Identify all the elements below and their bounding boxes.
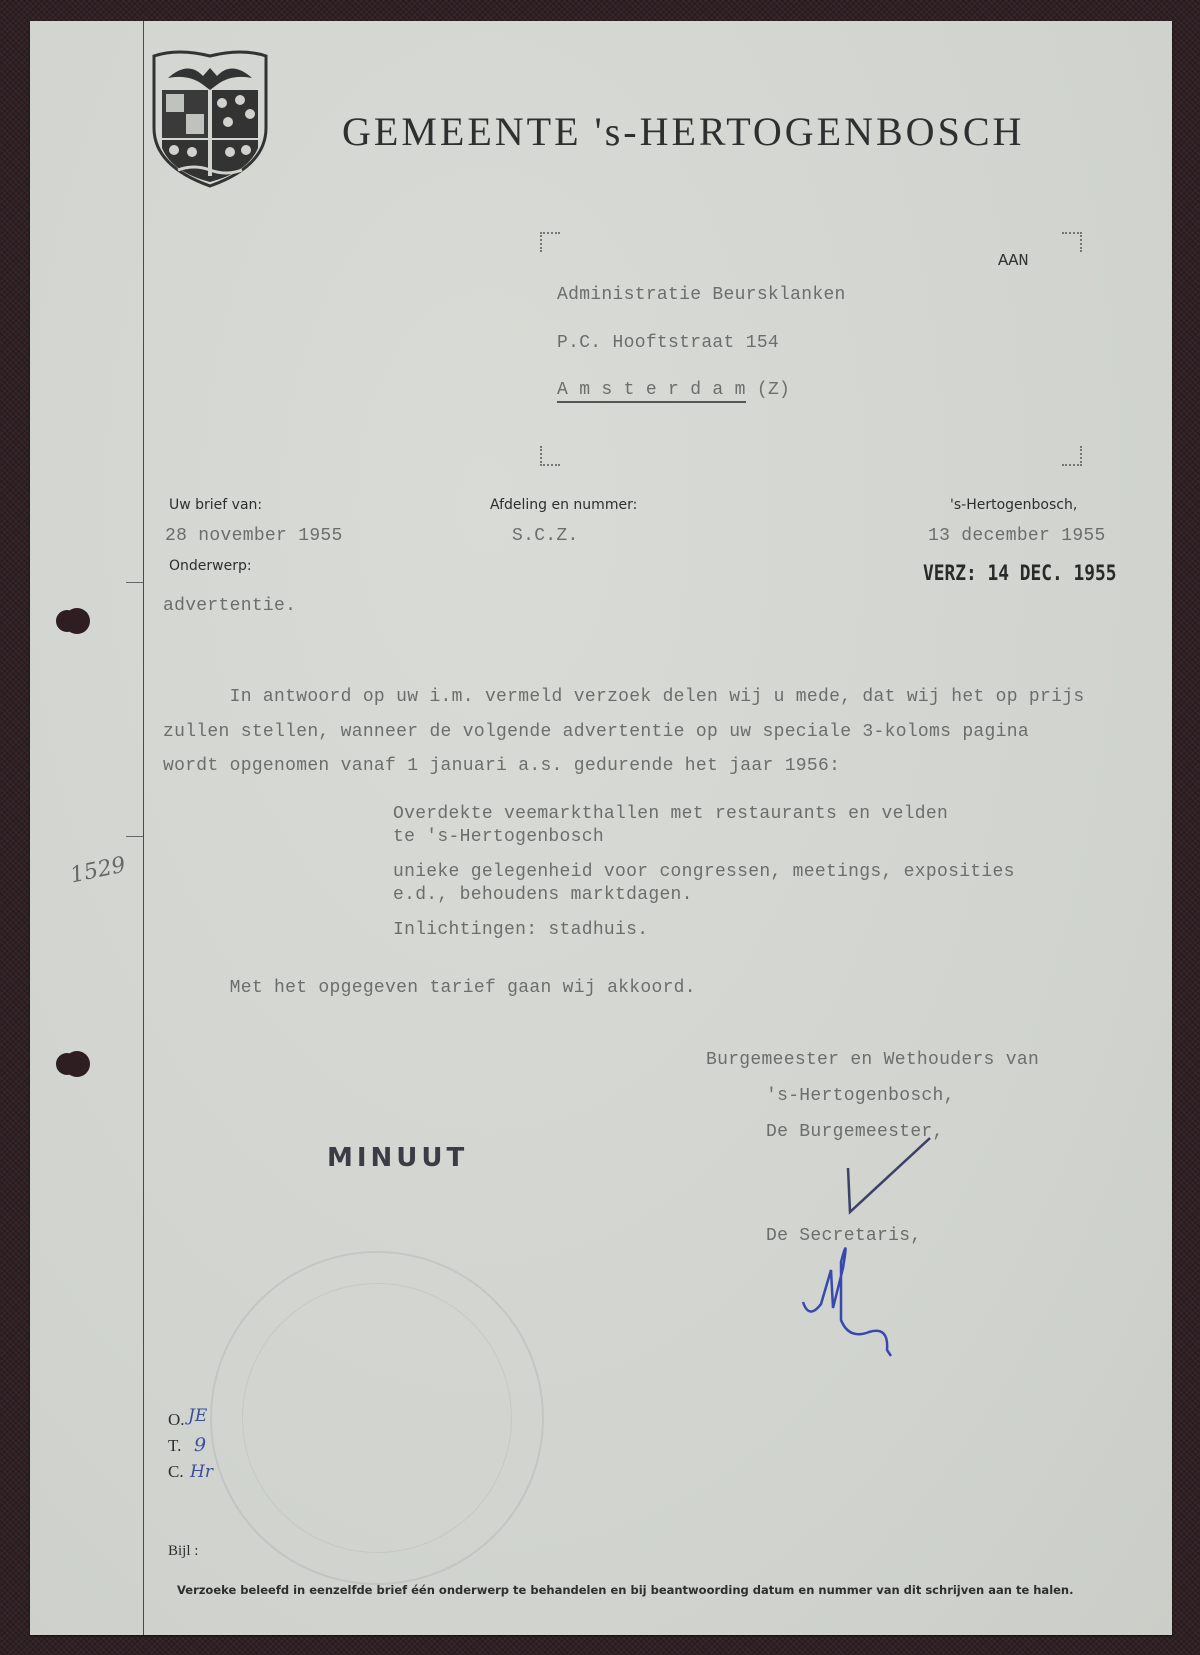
address-window-corner	[540, 232, 560, 252]
fold-tick	[126, 836, 143, 837]
address-window-corner	[1062, 232, 1082, 252]
aan-label: AAN	[998, 252, 1029, 271]
onderwerp-label: Onderwerp:	[169, 558, 252, 574]
o-label: O.	[168, 1410, 185, 1430]
uw-brief-label: Uw brief van:	[169, 497, 262, 513]
fold-tick	[126, 582, 143, 583]
coat-of-arms-icon	[148, 48, 272, 188]
recipient-city-district: (Z)	[757, 380, 790, 400]
minuut-stamp: MINUUT	[327, 1143, 468, 1173]
punch-hole	[64, 1051, 90, 1077]
recipient-name: Administratie Beursklanken	[557, 285, 846, 305]
address-window-corner	[540, 446, 560, 466]
ad-line: te 's-Hertogenbosch	[393, 827, 604, 847]
ad-line: e.d., behoudens marktdagen.	[393, 885, 693, 905]
body-line: wordt opgenomen vanaf 1 januari a.s. ged…	[163, 756, 840, 776]
ad-line: Inlichtingen: stadhuis.	[393, 920, 648, 940]
body-line: zullen stellen, wanneer de volgende adve…	[163, 722, 1029, 742]
bijlagen-label: Bijl :	[168, 1543, 198, 1560]
margin-rule	[143, 21, 144, 1635]
verzonden-stamp: VERZ: 14 DEC. 1955	[923, 561, 1116, 585]
letter-date: 13 december 1955	[928, 526, 1106, 546]
ad-line: Overdekte veemarkthallen met restaurants…	[393, 804, 948, 824]
recipient-city-line: A m s t e r d a m (Z)	[557, 380, 790, 400]
recipient-city: A m s t e r d a m	[557, 380, 746, 403]
checkmark-initial-icon	[838, 1130, 938, 1220]
t-value: 9	[194, 1434, 206, 1456]
uw-brief-value: 28 november 1955	[165, 526, 343, 546]
body-line: In antwoord op uw i.m. vermeld verzoek d…	[163, 687, 1084, 707]
secretary-signature-icon	[795, 1232, 905, 1362]
closing-line: Met het opgegeven tarief gaan wij akkoor…	[163, 978, 696, 998]
embossed-seal	[210, 1251, 544, 1585]
recipient-street: P.C. Hooftstraat 154	[557, 333, 779, 353]
c-label: C.	[168, 1462, 184, 1482]
c-value: Hr	[190, 1462, 213, 1482]
place-label: 's-Hertogenbosch,	[950, 497, 1077, 513]
address-window-corner	[1062, 446, 1082, 466]
afdeling-value: S.C.Z.	[512, 526, 579, 546]
signatory-line: Burgemeester en Wethouders van	[706, 1050, 1039, 1070]
municipality-title: GEMEENTE 's-HERTOGENBOSCH	[342, 108, 1024, 155]
t-label: T.	[168, 1436, 181, 1456]
signatory-line: 's-Hertogenbosch,	[766, 1086, 955, 1106]
punch-hole	[64, 608, 90, 634]
o-value: JE	[188, 1406, 207, 1426]
afdeling-label: Afdeling en nummer:	[490, 497, 637, 513]
onderwerp-value: advertentie.	[163, 596, 296, 616]
footer-instruction: Verzoeke beleefd in eenzelfde brief één …	[177, 1583, 1074, 1597]
ad-line: unieke gelegenheid voor congressen, meet…	[393, 862, 1015, 882]
